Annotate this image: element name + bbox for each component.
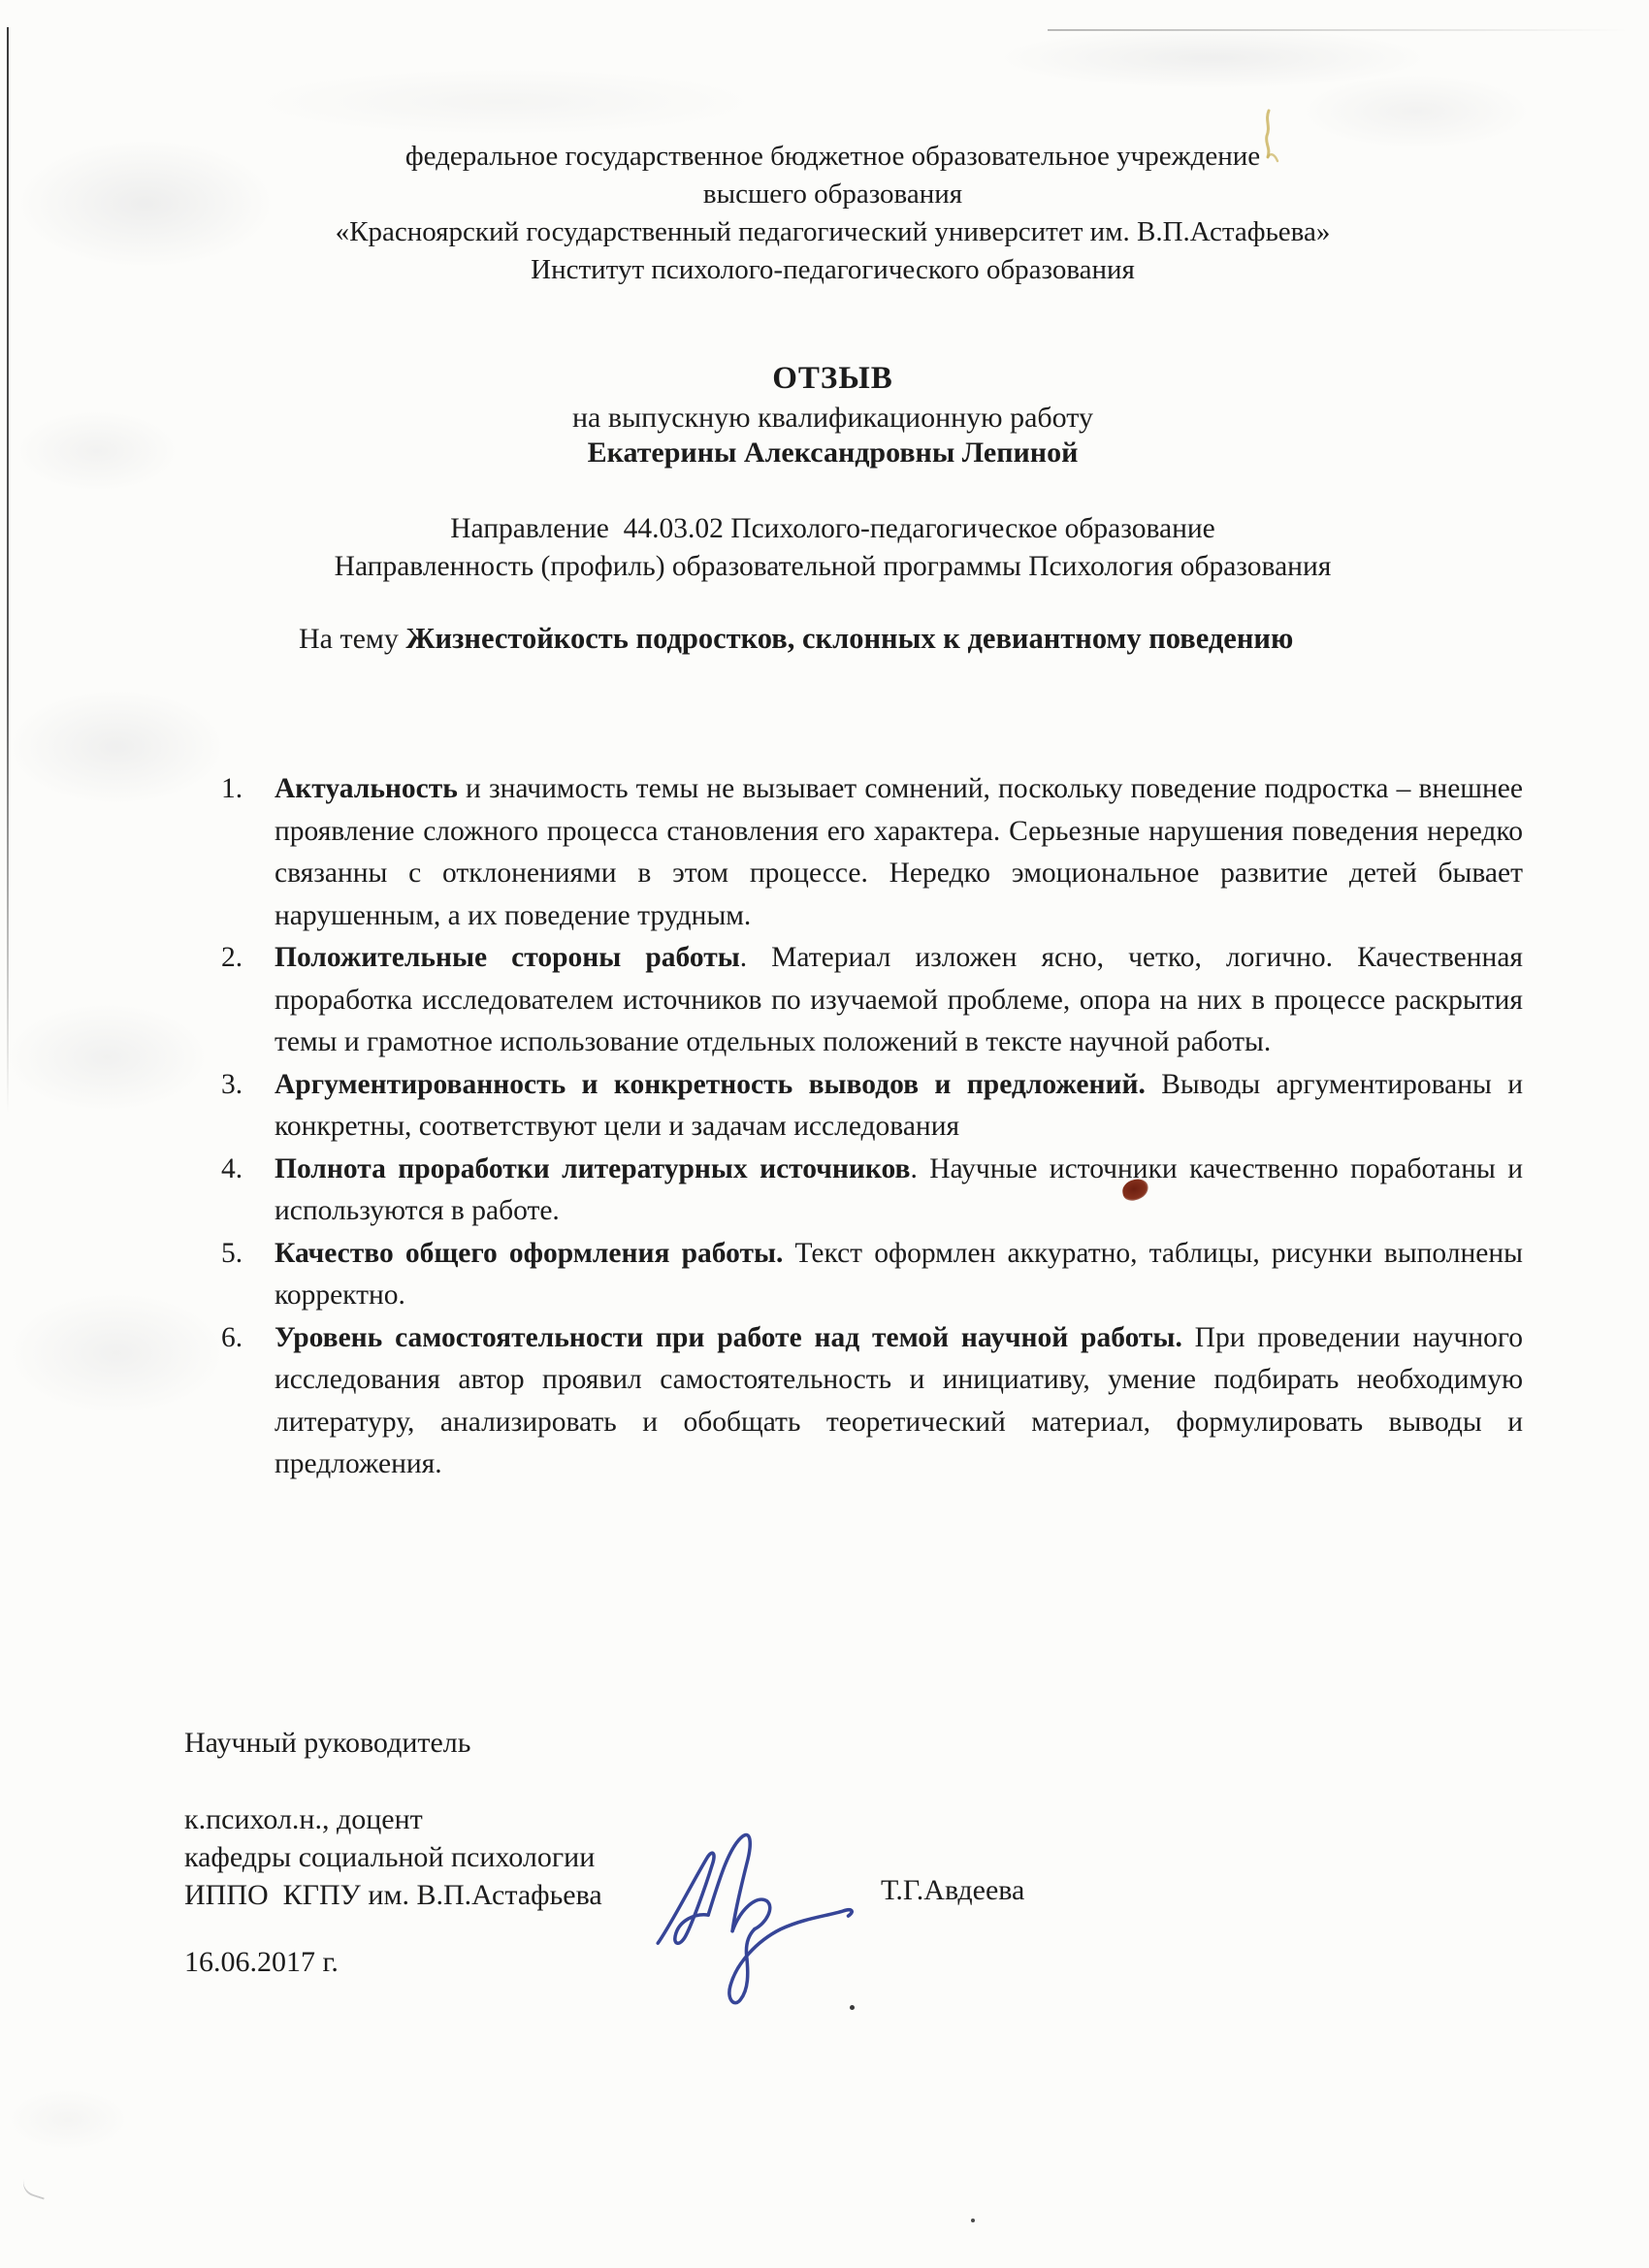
item-lead-bold: Качество общего оформления работы.: [275, 1238, 783, 1269]
program-info: Направление 44.03.02 Психолого-педагогич…: [16, 510, 1649, 586]
item-lead-bold: Актуальность: [275, 773, 458, 804]
scan-edge-line-left: [7, 27, 9, 1114]
item-lead-bold: Уровень самостоятельности при работе над…: [275, 1322, 1182, 1353]
item-lead-bold: Положительные стороны работы: [275, 942, 740, 973]
item-number: 5.: [221, 1233, 275, 1276]
review-item-1: 1. Актуальность и значимость темы не выз…: [221, 768, 1523, 937]
scan-speck: [971, 2219, 975, 2222]
item-body: Актуальность и значимость темы не вызыва…: [275, 768, 1523, 937]
header-line-education-level: высшего образования: [16, 176, 1649, 213]
item-body: Уровень самостоятельности при работе над…: [275, 1317, 1523, 1486]
item-body: Качество общего оформления работы. Текст…: [275, 1233, 1523, 1317]
item-lead-bold: Аргументированность и конкретность вывод…: [275, 1069, 1146, 1100]
pencil-mark: [19, 2179, 48, 2199]
item-number: 1.: [221, 768, 275, 811]
document-page: федеральное государственное бюджетное об…: [0, 0, 1649, 2268]
document-subtitle: на выпускную квалификационную работу: [16, 402, 1649, 435]
review-item-5: 5. Качество общего оформления работы. Те…: [221, 1233, 1523, 1317]
review-item-3: 3. Аргументированность и конкретность вы…: [221, 1064, 1523, 1149]
supervisor-institute: ИППО КГПУ им. В.П.Астафьева: [184, 1876, 602, 1914]
document-date: 16.06.2017 г.: [184, 1946, 339, 1979]
supervisor-degree: к.психол.н., доцент: [184, 1800, 602, 1838]
topic-prefix: На тему: [299, 623, 399, 655]
supervisor-credentials: к.психол.н., доцент кафедры социальной п…: [184, 1800, 602, 1914]
header-line-institute: Институт психолого-педагогического образ…: [16, 251, 1649, 289]
program-direction: Направление 44.03.02 Психолого-педагогич…: [16, 510, 1649, 548]
item-body: Положительные стороны работы. Материал и…: [275, 937, 1523, 1064]
item-number: 6.: [221, 1317, 275, 1360]
review-item-4: 4. Полнота проработки литературных источ…: [221, 1149, 1523, 1233]
item-text: и значимость темы не вызывает сомнений, …: [275, 773, 1523, 931]
institution-header: федеральное государственное бюджетное об…: [16, 138, 1649, 289]
review-item-2: 2. Положительные стороны работы. Материа…: [221, 937, 1523, 1064]
thesis-topic-line: На тему Жизнестойкость подростков, склон…: [299, 622, 1293, 656]
item-number: 4.: [221, 1149, 275, 1191]
student-name: Екатерины Александровны Лепиной: [16, 437, 1649, 470]
header-line-federal: федеральное государственное бюджетное об…: [16, 138, 1649, 176]
document-title: ОТЗЫВ: [16, 361, 1649, 397]
item-number: 3.: [221, 1064, 275, 1107]
item-body: Аргументированность и конкретность вывод…: [275, 1064, 1523, 1149]
topic-title: Жизнестойкость подростков, склонных к де…: [405, 622, 1293, 655]
program-profile: Направленность (профиль) образовательной…: [16, 548, 1649, 586]
item-body: Полнота проработки литературных источник…: [275, 1149, 1523, 1233]
item-lead-bold: Полнота проработки литературных источник…: [275, 1153, 910, 1184]
review-points-list: 1. Актуальность и значимость темы не выз…: [221, 768, 1523, 1486]
supervisor-name: Т.Г.Авдеева: [881, 1874, 1024, 1907]
header-line-university: «Красноярский государственный педагогиче…: [16, 213, 1649, 251]
review-item-6: 6. Уровень самостоятельности при работе …: [221, 1317, 1523, 1486]
item-number: 2.: [221, 937, 275, 980]
signature-ink: [652, 1816, 914, 2010]
supervisor-department: кафедры социальной психологии: [184, 1838, 602, 1876]
supervisor-role-label: Научный руководитель: [184, 1727, 470, 1760]
scan-edge-line-top: [1048, 29, 1630, 31]
